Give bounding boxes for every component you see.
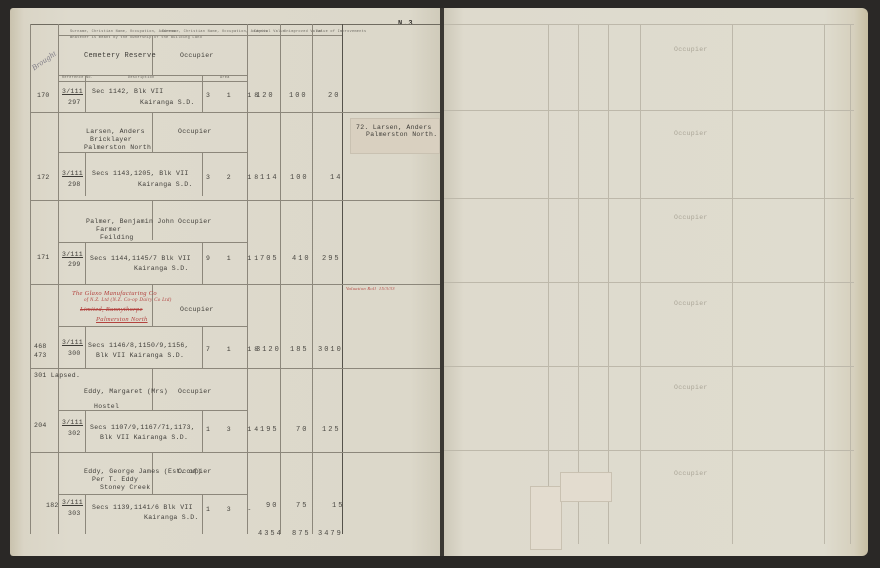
- improvements-value: 14: [330, 174, 342, 182]
- pencil-margin-note: Brought: [30, 49, 58, 72]
- pasted-slip: [530, 486, 562, 550]
- area: 3 1 18: [206, 92, 261, 99]
- ref-bottom: 299: [68, 261, 81, 268]
- col-line: [578, 24, 579, 544]
- improvements-value: 295: [322, 255, 341, 263]
- description-line: Secs 1143,1205, Blk VII: [92, 170, 189, 177]
- improvements-value: 3010: [318, 346, 343, 354]
- owner-line: Feilding: [100, 234, 134, 241]
- row-divider: [30, 112, 442, 113]
- occupier-label: Occupier: [178, 128, 212, 135]
- area: 7 1 18: [206, 346, 261, 353]
- row-divider: [444, 198, 854, 199]
- description-line: Sec 1142, Blk VII: [92, 88, 163, 95]
- area: 9 1 11: [206, 255, 261, 262]
- unimproved-value: 100: [289, 92, 308, 100]
- owner-line-red: The Glaxo Manufacturing Co: [72, 290, 157, 297]
- col-line: [152, 112, 153, 152]
- left-frame: [30, 24, 31, 534]
- remark-red: Valuation Roll 15/3/33: [346, 286, 395, 291]
- ghost-occupier: Occupier: [674, 214, 708, 221]
- ghost-occupier: Occupier: [674, 384, 708, 391]
- col-line: [85, 242, 86, 284]
- header-capital: Capital Value: [254, 30, 285, 34]
- row-divider: [444, 282, 854, 283]
- header-ref: Reference No.: [62, 76, 93, 80]
- col-line: [850, 24, 851, 544]
- row-divider: [30, 284, 442, 285]
- owner-line: Bricklayer: [90, 136, 132, 143]
- owner-line: Hostel: [94, 403, 119, 410]
- ref-top: 3/111: [62, 339, 83, 346]
- ref-top: 3/111: [62, 419, 83, 426]
- capital-value: 705: [260, 255, 279, 263]
- top-rule: [30, 24, 442, 25]
- occupier-label: Occupier: [180, 306, 214, 313]
- ref-bottom: 303: [68, 510, 81, 517]
- col-line: [247, 24, 248, 534]
- row-divider: [58, 242, 247, 243]
- owner-line: Farmer: [96, 226, 121, 233]
- capital-value: 114: [260, 174, 279, 182]
- pasted-slip: [560, 472, 612, 502]
- description-line: Secs 1144,1145/7 Blk VII: [90, 255, 191, 262]
- ghost-occupier: Occupier: [674, 300, 708, 307]
- owner-line-red: of N.Z. Ltd (N.Z. Co-op Dairy Co Ltd): [84, 298, 172, 303]
- header-area: Area: [220, 76, 230, 80]
- description-line: Kairanga S.D.: [140, 99, 195, 106]
- occupier-label: Occupier: [178, 218, 212, 225]
- entry-number: 171: [37, 254, 50, 261]
- row-divider: [444, 450, 854, 451]
- owner-line: Eddy, Margaret (Mrs): [84, 388, 168, 395]
- ref-bottom: 302: [68, 430, 81, 437]
- unimproved-value: 185: [290, 346, 309, 354]
- top-rule: [444, 24, 854, 25]
- unimproved-value: 410: [292, 255, 311, 263]
- ref-bottom: 297: [68, 99, 81, 106]
- capital-value: 3120: [256, 346, 281, 354]
- capital-value: 120: [256, 92, 275, 100]
- col-line: [312, 24, 313, 534]
- col-line: [280, 24, 281, 534]
- occupier-label: Occupier: [180, 52, 214, 59]
- row-divider: [30, 368, 442, 369]
- col-line: [85, 326, 86, 368]
- row-divider: [58, 494, 247, 495]
- description-line: Blk VII Kairanga S.D.: [100, 434, 188, 441]
- lapsed-note: 301 Lapsed.: [34, 372, 80, 379]
- improvements-value: 20: [328, 92, 340, 100]
- owner-line: Cemetery Reserve: [84, 52, 156, 60]
- capital-value: 90: [266, 502, 278, 510]
- description-line: Kairanga S.D.: [144, 514, 199, 521]
- col-line: [342, 24, 343, 534]
- entry-number: 172: [37, 174, 50, 181]
- col-line: [824, 24, 825, 544]
- owner-line-red: Limited, Bunnythorpe: [80, 306, 143, 313]
- header-improvements: Value of Improvements: [316, 30, 366, 34]
- description-line: Secs 1146/8,1150/9,1156,: [88, 342, 189, 349]
- owner-line: Stoney Creek: [100, 484, 150, 491]
- occupier-label: Occupier: [178, 388, 212, 395]
- description-line: Blk VII Kairanga S.D.: [96, 352, 184, 359]
- row-divider: [58, 326, 247, 327]
- row-divider: [444, 110, 854, 111]
- ghost-occupier: Occupier: [674, 46, 708, 53]
- row-divider: [444, 366, 854, 367]
- col-line: [85, 410, 86, 452]
- row-divider: [58, 81, 247, 82]
- col-line: [58, 24, 59, 534]
- header-owner-sub: Whatever is meant by the ownership of th…: [70, 36, 202, 40]
- description-line: Kairanga S.D.: [134, 265, 189, 272]
- unimproved-value: 100: [290, 174, 309, 182]
- row-divider: [58, 152, 247, 153]
- header-description: Description: [128, 76, 154, 80]
- entry-number: 182: [46, 502, 59, 509]
- owner-line: Per T. Eddy: [92, 476, 138, 483]
- row-divider: [30, 452, 442, 453]
- total-improvements: 3479: [318, 530, 343, 538]
- ghost-occupier: Occupier: [674, 470, 708, 477]
- entry-number: 170: [37, 92, 50, 99]
- col-line: [608, 24, 609, 544]
- col-line: [202, 410, 203, 452]
- ref-bottom: 298: [68, 181, 81, 188]
- improvements-value: 15: [332, 502, 344, 510]
- remark-line: 72. Larsen, Anders: [356, 124, 432, 131]
- col-line: [732, 24, 733, 544]
- owner-line-red: Palmerston North: [96, 316, 148, 323]
- col-line: [85, 152, 86, 196]
- description-line: Secs 1107/9,1167/71,1173,: [90, 424, 195, 431]
- owner-line: Larsen, Anders: [86, 128, 145, 135]
- total-capital: 4354: [258, 530, 283, 538]
- description-line: Secs 1139,1141/6 Blk VII: [92, 504, 193, 511]
- ref-bottom: 300: [68, 350, 81, 357]
- unimproved-value: 75: [296, 502, 308, 510]
- ref-top: 3/111: [62, 88, 83, 95]
- row-divider: [30, 200, 442, 201]
- total-unimproved: 875: [292, 530, 311, 538]
- owner-line: Palmer, Benjamin John: [86, 218, 174, 225]
- area: 1 3 14: [206, 426, 261, 433]
- ref-top: 3/111: [62, 251, 83, 258]
- unimproved-value: 70: [296, 426, 308, 434]
- area: 3 2 18: [206, 174, 261, 181]
- left-page: N.3 Surname, Christian Name, Occupation,…: [10, 8, 442, 556]
- col-line: [85, 494, 86, 534]
- col-line: [202, 75, 203, 113]
- col-line: [202, 326, 203, 368]
- occupier-label: Occupier: [178, 468, 212, 475]
- ledger-book: N.3 Surname, Christian Name, Occupation,…: [10, 8, 872, 558]
- description-line: Kairanga S.D.: [138, 181, 193, 188]
- entry-number: 468 473: [34, 342, 47, 360]
- ref-top: 3/111: [62, 499, 83, 506]
- col-line: [202, 242, 203, 284]
- col-line: [85, 75, 86, 113]
- header-owner: Surname, Christian Name, Occupation, Add…: [70, 30, 176, 34]
- col-line: [202, 494, 203, 534]
- col-line: [548, 24, 549, 544]
- remark-line: Palmerston North.: [366, 131, 437, 138]
- entry-number: 204: [34, 422, 47, 429]
- ref-top: 3/111: [62, 170, 83, 177]
- improvements-value: 125: [322, 426, 341, 434]
- col-line: [640, 24, 641, 544]
- capital-value: 195: [260, 426, 279, 434]
- right-page: Occupier Occupier Occupier Occupier Occu…: [444, 8, 868, 556]
- row-divider: [58, 410, 247, 411]
- col-line: [202, 152, 203, 196]
- header-rule: [58, 35, 342, 36]
- owner-line: Palmerston North: [84, 144, 151, 151]
- header-occupier: Surname, Christian Name, Occupation, Add…: [162, 30, 268, 34]
- ghost-occupier: Occupier: [674, 130, 708, 137]
- area: 1 3 -: [206, 506, 254, 513]
